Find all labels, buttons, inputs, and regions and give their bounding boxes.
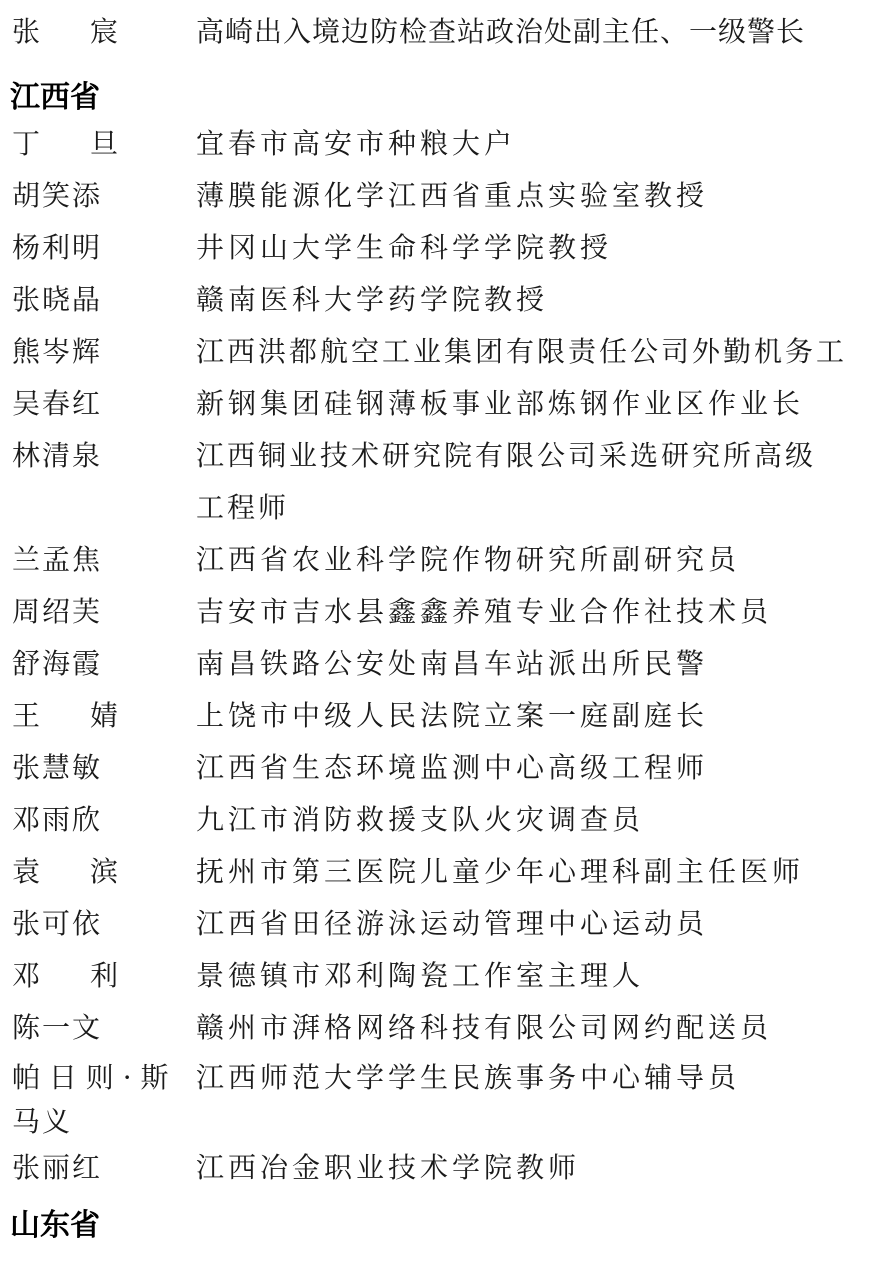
person-title: 江西冶金职业技术学院教师 xyxy=(196,1142,580,1194)
person-title: 吉安市吉水县鑫鑫养殖专业合作社技术员 xyxy=(196,586,772,638)
name-line-2: 马义 xyxy=(12,1100,72,1144)
person-title: 抚州市第三医院儿童少年心理科副主任医师 xyxy=(196,846,804,898)
name-line-1: 帕 日 则 · 斯 xyxy=(12,1056,169,1100)
person-name: 吴春红 xyxy=(12,378,182,430)
person-name: 张慧敏 xyxy=(12,742,182,794)
person-title: 新钢集团硅钢薄板事业部炼钢作业区作业长 xyxy=(196,378,804,430)
list-item: 熊岑辉 江西洪都航空工业集团有限责任公司外勤机务工 xyxy=(0,326,874,378)
list-item: 张丽红 江西冶金职业技术学院教师 xyxy=(0,1142,874,1194)
province-heading: 江西省 xyxy=(10,78,100,118)
person-name: 张可依 xyxy=(12,898,182,950)
person-title: 高崎出入境边防检查站政治处副主任、一级警长 xyxy=(196,6,805,58)
person-title: 薄膜能源化学江西省重点实验室教授 xyxy=(196,170,708,222)
person-title: 景德镇市邓利陶瓷工作室主理人 xyxy=(196,950,644,1002)
person-name: 杨利明 xyxy=(12,222,182,274)
person-name: 邓雨欣 xyxy=(12,794,182,846)
person-title: 宜春市高安市种粮大户 xyxy=(196,118,516,170)
name-char: 利 xyxy=(90,950,118,1002)
list-item: 陈一文 赣州市湃格网络科技有限公司网约配送员 xyxy=(0,1002,874,1054)
list-item: 兰孟焦 江西省农业科学院作物研究所副研究员 xyxy=(0,534,874,586)
person-title: 井冈山大学生命科学学院教授 xyxy=(196,222,612,274)
list-item: 杨利明 井冈山大学生命科学学院教授 xyxy=(0,222,874,274)
list-item: 王 婧 上饶市中级人民法院立案一庭副庭长 xyxy=(0,690,874,742)
person-title: 赣南医科大学药学院教授 xyxy=(196,274,548,326)
person-name: 兰孟焦 xyxy=(12,534,182,586)
person-name: 胡笑添 xyxy=(12,170,182,222)
name-char: 滨 xyxy=(90,846,118,898)
person-title: 江西铜业技术研究院有限公司采选研究所高级 工程师 xyxy=(196,430,816,482)
person-title: 江西省田径游泳运动管理中心运动员 xyxy=(196,898,708,950)
person-title: 九江市消防救援支队火灾调查员 xyxy=(196,794,644,846)
title-line-1: 江西铜业技术研究院有限公司采选研究所高级 xyxy=(196,439,816,472)
list-item: 胡笑添 薄膜能源化学江西省重点实验室教授 xyxy=(0,170,874,222)
list-item: 袁 滨 抚州市第三医院儿童少年心理科副主任医师 xyxy=(0,846,874,898)
province-heading: 山东省 xyxy=(10,1206,100,1246)
list-item: 帕 日 则 · 斯 马义 江西师范大学学生民族事务中心辅导员 xyxy=(0,1052,874,1148)
name-char: 婧 xyxy=(90,690,118,742)
person-title: 江西省生态环境监测中心高级工程师 xyxy=(196,742,708,794)
title-line-2: 工程师 xyxy=(196,482,289,534)
list-item: 张 宸 高崎出入境边防检查站政治处副主任、一级警长 xyxy=(0,6,874,58)
list-item: 张可依 江西省田径游泳运动管理中心运动员 xyxy=(0,898,874,950)
person-name: 周绍芙 xyxy=(12,586,182,638)
name-char: 袁 xyxy=(12,846,40,898)
person-name: 张晓晶 xyxy=(12,274,182,326)
list-item: 邓 利 景德镇市邓利陶瓷工作室主理人 xyxy=(0,950,874,1002)
person-title: 南昌铁路公安处南昌车站派出所民警 xyxy=(196,638,708,690)
name-char: 旦 xyxy=(90,118,118,170)
person-title: 上饶市中级人民法院立案一庭副庭长 xyxy=(196,690,708,742)
person-title: 江西洪都航空工业集团有限责任公司外勤机务工 xyxy=(196,326,847,378)
name-char: 邓 xyxy=(12,950,40,1002)
list-item: 吴春红 新钢集团硅钢薄板事业部炼钢作业区作业长 xyxy=(0,378,874,430)
name-char: 王 xyxy=(12,690,40,742)
person-name: 熊岑辉 xyxy=(12,326,182,378)
name-char: 宸 xyxy=(90,6,118,58)
person-title: 赣州市湃格网络科技有限公司网约配送员 xyxy=(196,1002,772,1054)
person-name: 林清泉 xyxy=(12,430,182,482)
person-name: 陈一文 xyxy=(12,1002,182,1054)
name-char: 张 xyxy=(12,6,40,58)
list-item: 张慧敏 江西省生态环境监测中心高级工程师 xyxy=(0,742,874,794)
person-name: 张丽红 xyxy=(12,1142,182,1194)
person-name: 舒海霞 xyxy=(12,638,182,690)
list-item: 林清泉 江西铜业技术研究院有限公司采选研究所高级 工程师 xyxy=(0,430,874,534)
person-title: 江西省农业科学院作物研究所副研究员 xyxy=(196,534,740,586)
list-item: 邓雨欣 九江市消防救援支队火灾调查员 xyxy=(0,794,874,846)
person-title: 江西师范大学学生民族事务中心辅导员 xyxy=(196,1052,740,1104)
list-item: 周绍芙 吉安市吉水县鑫鑫养殖专业合作社技术员 xyxy=(0,586,874,638)
list-item: 丁 旦 宜春市高安市种粮大户 xyxy=(0,118,874,170)
name-char: 丁 xyxy=(12,118,40,170)
list-item: 舒海霞 南昌铁路公安处南昌车站派出所民警 xyxy=(0,638,874,690)
list-item: 张晓晶 赣南医科大学药学院教授 xyxy=(0,274,874,326)
